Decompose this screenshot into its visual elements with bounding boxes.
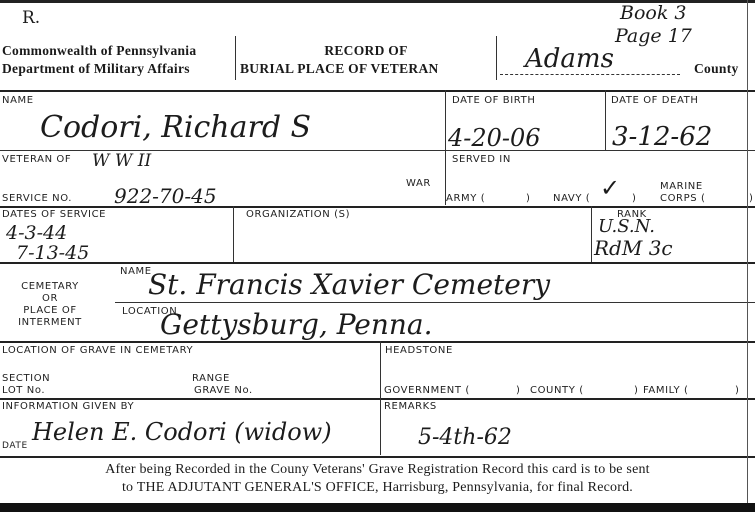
- right-edge: [747, 0, 748, 512]
- section-label: SECTION: [2, 373, 50, 384]
- rank-line-2: RdM 3c: [594, 236, 673, 260]
- county-headstone-label: COUNTY (: [530, 385, 584, 396]
- grave-location-label: LOCATION OF GRAVE IN CEMETARY: [2, 345, 193, 356]
- served-in-label: SERVED IN: [452, 154, 511, 165]
- navy-checkmark-icon: ✓: [600, 174, 620, 202]
- rule-grave-bottom: [0, 398, 755, 400]
- rank-line-1: U.S.N.: [598, 216, 655, 237]
- service-no-value: 922-70-45: [114, 184, 217, 208]
- army-label: ARMY (: [446, 193, 485, 204]
- rule-dob-divider: [605, 90, 606, 150]
- service-start-date: 4-3-44: [6, 222, 67, 244]
- footer-line-1: After being Recorded in the Couny Vetera…: [0, 461, 755, 479]
- page-number-note: Page 17: [615, 25, 692, 47]
- navy-close: ): [632, 193, 637, 204]
- date-of-birth-value: 4-20-06: [448, 124, 541, 152]
- rule-header-bottom: [0, 90, 755, 92]
- rule-org-divider: [591, 206, 592, 262]
- book-number-note: Book 3: [620, 2, 686, 24]
- rule-cemetery-name: [115, 302, 755, 303]
- date-of-death-label: DATE OF DEATH: [611, 95, 699, 106]
- header-burial-place: BURIAL PLACE OF VETERAN: [240, 61, 439, 77]
- cemetery-name-value: St. Francis Xavier Cemetery: [148, 268, 550, 301]
- veteran-of-value: W W II: [92, 151, 151, 171]
- rule-info-divider: [380, 398, 381, 455]
- header-divider-2: [496, 36, 497, 80]
- government-label: GOVERNMENT (: [384, 385, 470, 396]
- rule-dates-divider: [233, 206, 234, 262]
- headstone-label: HEADSTONE: [385, 345, 453, 356]
- service-end-date: 7-13-45: [16, 242, 89, 264]
- government-close: ): [516, 385, 521, 396]
- cemetery-label-line-1: CEMETARY: [10, 281, 90, 293]
- remarks-value: 5-4th-62: [418, 425, 512, 450]
- header-commonwealth: Commonwealth of Pennsylvania: [2, 43, 196, 59]
- information-given-by-label: INFORMATION GIVEN BY: [2, 401, 134, 412]
- army-close: ): [526, 193, 531, 204]
- corner-mark: R.: [22, 8, 40, 28]
- rule-name-divider: [445, 90, 446, 205]
- remarks-label: REMARKS: [384, 401, 437, 412]
- cemetery-label-line-4: INTERMENT: [10, 317, 90, 329]
- date-of-birth-label: DATE OF BIRTH: [452, 95, 535, 106]
- header-department: Department of Military Affairs: [2, 61, 190, 77]
- county-headstone-close: ): [634, 385, 639, 396]
- marine-close: ): [749, 193, 754, 204]
- footer-instructions: After being Recorded in the Couny Vetera…: [0, 461, 755, 497]
- name-value: Codori, Richard S: [40, 110, 311, 145]
- family-close: ): [735, 385, 740, 396]
- county-value: Adams: [525, 44, 614, 74]
- date-of-death-value: 3-12-62: [612, 122, 712, 152]
- cemetery-label-line-3: PLACE OF: [10, 305, 90, 317]
- service-no-label: SERVICE NO.: [2, 193, 72, 204]
- cemetery-section-label: CEMETARY OR PLACE OF INTERMENT: [10, 281, 90, 329]
- cemetery-label-line-2: OR: [10, 293, 90, 305]
- county-label: County: [694, 61, 739, 77]
- rule-info-bottom: [0, 456, 755, 458]
- cemetery-location-value: Gettysburg, Penna.: [160, 308, 433, 341]
- marine-label: MARINE: [660, 181, 703, 192]
- bottom-edge: [0, 503, 755, 512]
- veteran-of-label: VETERAN OF: [2, 154, 71, 165]
- header-divider-1: [235, 36, 236, 80]
- grave-no-label: GRAVE No.: [194, 385, 253, 396]
- family-label: FAMILY (: [643, 385, 688, 396]
- rule-grave-divider: [380, 341, 381, 398]
- cemetery-name-label: NAME: [120, 266, 152, 277]
- footer-line-2: to THE ADJUTANT GENERAL'S OFFICE, Harris…: [0, 479, 755, 497]
- range-label: RANGE: [192, 373, 230, 384]
- navy-label: NAVY (: [553, 193, 590, 204]
- rule-service-bottom: [0, 262, 755, 264]
- date-label: DATE: [2, 441, 28, 451]
- organization-label: ORGANIZATION (S): [246, 209, 350, 220]
- rule-cemetery-bottom: [0, 341, 755, 343]
- corps-label: CORPS (: [660, 193, 705, 204]
- header-record-of: RECORD OF: [238, 43, 494, 59]
- war-label: WAR: [406, 178, 431, 189]
- informant-value: Helen E. Codori (widow): [32, 418, 332, 446]
- name-label: NAME: [2, 95, 34, 106]
- county-blank-line: [500, 74, 680, 75]
- rule-veteran-bottom: [0, 206, 755, 208]
- lot-no-label: LOT No.: [2, 385, 45, 396]
- dates-of-service-label: DATES OF SERVICE: [2, 209, 106, 220]
